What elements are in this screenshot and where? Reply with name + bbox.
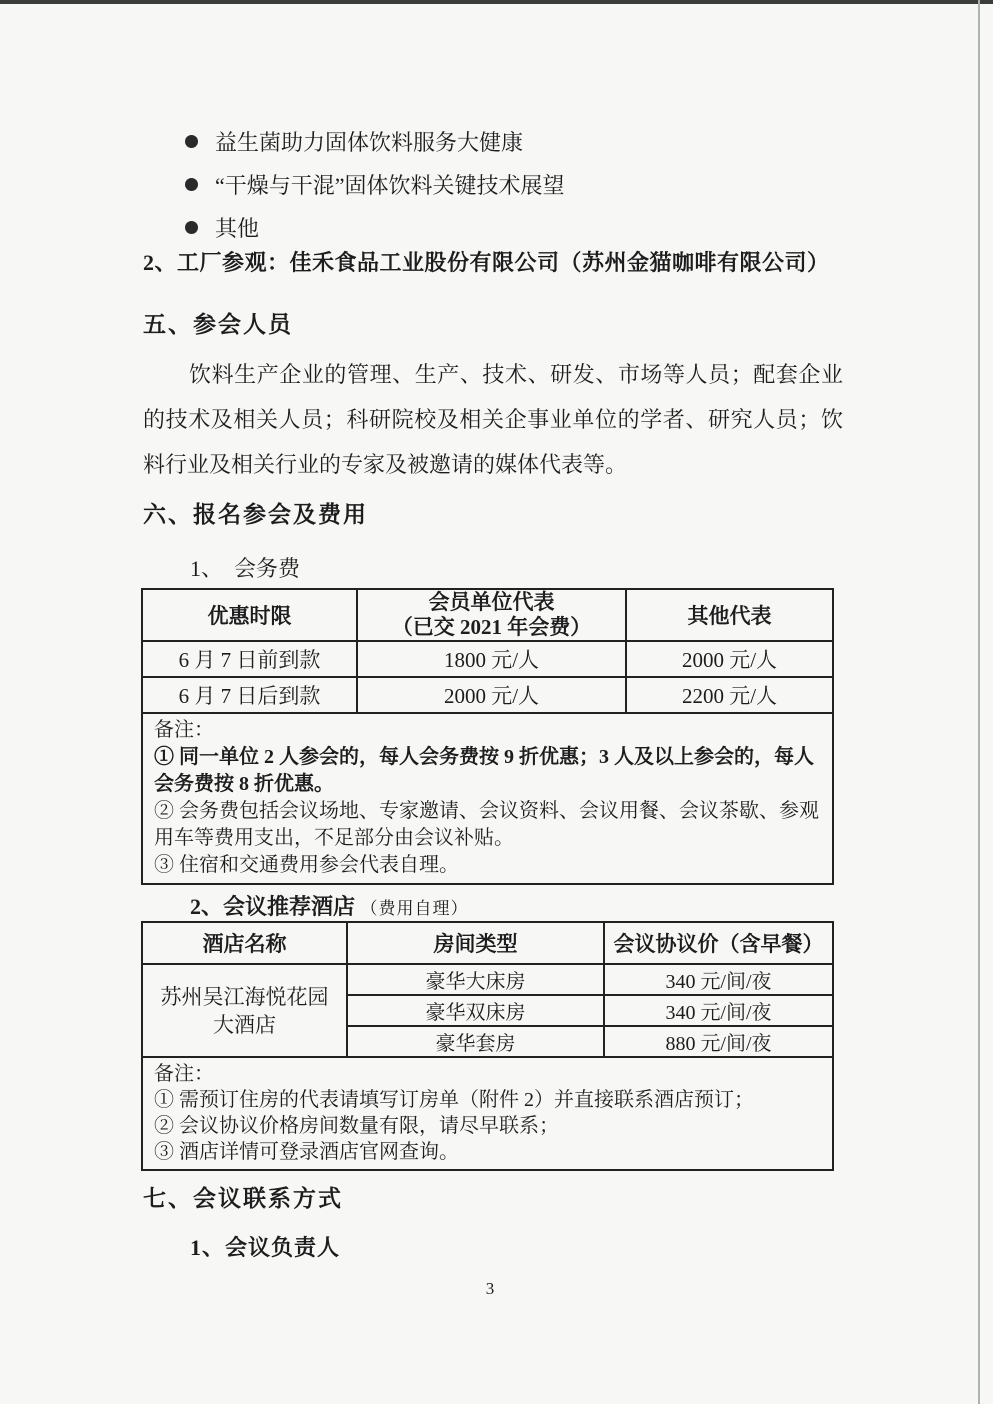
hotel-subheading: 2、会议推荐酒店 （费用自理） — [143, 890, 890, 921]
fee-cell-member: 2000 元/人 — [357, 677, 626, 713]
section-heading-contact: 七、会议联系方式 — [143, 1180, 843, 1213]
contact-subheading: 1、会议负责人 — [143, 1231, 890, 1262]
fee-col-period: 优惠时限 — [142, 589, 357, 641]
fee-cell-member: 1800 元/人 — [357, 641, 626, 677]
note-line-2: ② 会议协议价格房间数量有限，请尽早联系； — [154, 1113, 824, 1139]
notes-label: 备注： — [154, 1061, 824, 1087]
fee-col-member-line2: （已交 2021 年会费） — [358, 615, 625, 640]
table-row: 苏州吴江海悦花园 大酒店 豪华大床房 340 元/间/夜 — [142, 964, 833, 995]
note-line-3: ③ 住宿和交通费用参会代表自理。 — [154, 852, 824, 879]
notes-label: 备注： — [154, 717, 824, 744]
fee-notes: 备注： ① 同一单位 2 人参会的，每人会务费按 9 折优惠；3 人及以上参会的… — [142, 713, 833, 884]
factory-visit-line: 2、工厂参观：佳禾食品工业股份有限公司（苏州金猫咖啡有限公司） — [143, 246, 843, 277]
list-item: 益生菌助力固体饮料服务大健康 — [143, 126, 843, 156]
table-notes-row: 备注： ① 同一单位 2 人参会的，每人会务费按 9 折优惠；3 人及以上参会的… — [142, 713, 833, 884]
attendees-paragraph: 饮料生产企业的管理、生产、技术、研发、市场等人员；配套企业的技术及相关人员；科研… — [143, 352, 843, 487]
note-line-1: ① 需预订住房的代表请填写订房单（附件 2）并直接联系酒店预订； — [154, 1087, 824, 1113]
scan-right-line — [978, 0, 980, 1404]
fee-cell-period: 6 月 7 日后到款 — [142, 677, 357, 713]
room-type-cell: 豪华套房 — [347, 1026, 604, 1057]
room-price-cell: 340 元/间/夜 — [604, 964, 833, 995]
hotel-name-line2: 大酒店 — [143, 1011, 346, 1039]
hotel-col-room: 房间类型 — [347, 922, 604, 964]
note-line-1: ① 同一单位 2 人参会的，每人会务费按 9 折优惠；3 人及以上参会的，每人会… — [154, 744, 824, 798]
hotel-subheading-title: 2、会议推荐酒店 — [190, 894, 355, 919]
section-heading-registration: 六、报名参会及费用 — [143, 496, 843, 529]
table-header-row: 优惠时限 会员单位代表 （已交 2021 年会费） 其他代表 — [142, 589, 833, 641]
hotel-name-cell: 苏州吴江海悦花园 大酒店 — [142, 964, 347, 1057]
section-heading-attendees: 五、参会人员 — [143, 306, 843, 339]
fee-cell-other: 2200 元/人 — [626, 677, 833, 713]
fee-cell-period: 6 月 7 日前到款 — [142, 641, 357, 677]
topic-label: “干燥与干混”固体饮料关键技术展望 — [215, 169, 565, 200]
room-price-cell: 880 元/间/夜 — [604, 1026, 833, 1057]
hotel-name-line1: 苏州吴江海悦花园 — [143, 983, 346, 1011]
table-row: 6 月 7 日前到款 1800 元/人 2000 元/人 — [142, 641, 833, 677]
note-line-2: ② 会务费包括会议场地、专家邀请、会议资料、会议用餐、会议茶歇、参观用车等费用支… — [154, 798, 824, 852]
hotel-table: 酒店名称 房间类型 会议协议价（含早餐） 苏州吴江海悦花园 大酒店 豪华大床房 … — [141, 921, 834, 1171]
bullet-icon — [185, 178, 198, 191]
hotel-col-name: 酒店名称 — [142, 922, 347, 964]
hotel-subheading-note: （费用自理） — [361, 899, 469, 918]
bullet-icon — [185, 135, 198, 148]
table-row: 6 月 7 日后到款 2000 元/人 2200 元/人 — [142, 677, 833, 713]
fee-cell-other: 2000 元/人 — [626, 641, 833, 677]
topic-label: 益生菌助力固体饮料服务大健康 — [215, 126, 523, 157]
fee-col-other: 其他代表 — [626, 589, 833, 641]
fee-table: 优惠时限 会员单位代表 （已交 2021 年会费） 其他代表 6 月 7 日前到… — [141, 588, 834, 885]
page-number: 3 — [0, 1279, 980, 1299]
room-type-cell: 豪华双床房 — [347, 995, 604, 1026]
table-notes-row: 备注： ① 需预订住房的代表请填写订房单（附件 2）并直接联系酒店预订； ② 会… — [142, 1057, 833, 1170]
document-page: 益生菌助力固体饮料服务大健康 “干燥与干混”固体饮料关键技术展望 其他 2、工厂… — [0, 0, 993, 1404]
scan-top-edge — [0, 0, 993, 4]
bullet-icon — [185, 221, 198, 234]
fee-subheading: 1、 会务费 — [143, 552, 890, 583]
list-item: “干燥与干混”固体饮料关键技术展望 — [143, 169, 843, 199]
topic-label: 其他 — [215, 212, 259, 243]
room-price-cell: 340 元/间/夜 — [604, 995, 833, 1026]
note-line-3: ③ 酒店详情可登录酒店官网查询。 — [154, 1139, 824, 1165]
table-header-row: 酒店名称 房间类型 会议协议价（含早餐） — [142, 922, 833, 964]
hotel-notes: 备注： ① 需预订住房的代表请填写订房单（附件 2）并直接联系酒店预订； ② 会… — [142, 1057, 833, 1170]
fee-col-member-line1: 会员单位代表 — [358, 590, 625, 615]
room-type-cell: 豪华大床房 — [347, 964, 604, 995]
fee-col-member: 会员单位代表 （已交 2021 年会费） — [357, 589, 626, 641]
topic-list: 益生菌助力固体饮料服务大健康 “干燥与干混”固体饮料关键技术展望 其他 — [143, 126, 843, 255]
list-item: 其他 — [143, 212, 843, 242]
hotel-col-price: 会议协议价（含早餐） — [604, 922, 833, 964]
